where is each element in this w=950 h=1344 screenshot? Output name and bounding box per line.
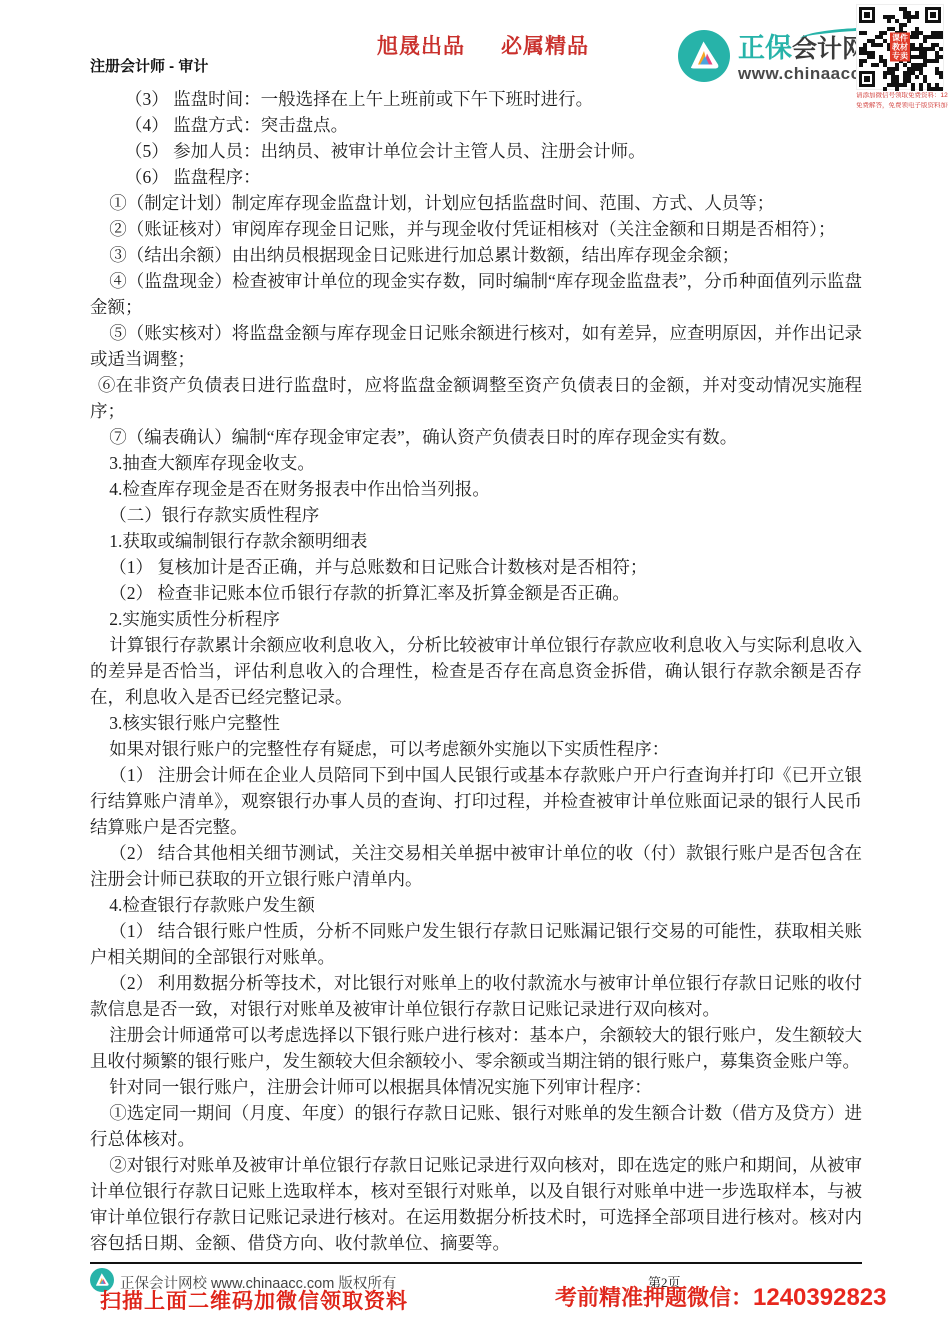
body-paragraph: （2） 检查非记账本位币银行存款的折算汇率及折算金额是否正确。 xyxy=(90,580,862,606)
course-label: 注册会计师 - 审计 xyxy=(90,55,208,76)
body-paragraph: ②对银行对账单及被审计单位银行存款日记账记录进行双向核对，即在选定的账户和期间，… xyxy=(90,1152,862,1256)
body-paragraph: ③（结出余额）由出纳员根据现金日记账进行加总累计数额，结出库存现金余额； xyxy=(90,242,862,268)
slogan-part1: 旭晟出品 xyxy=(377,34,465,58)
qr-center-badge: 课件 教材 专卖 xyxy=(890,33,910,62)
body-paragraph: （2） 结合其他相关细节测试，关注交易相关单据中被审计单位的收（付）款银行账户是… xyxy=(90,840,862,892)
body-paragraph: 3.抽查大额库存现金收支。 xyxy=(90,450,862,476)
body-paragraph: （1） 复核加计是否正确，并与总账数和日记账合计数核对是否相符； xyxy=(90,554,862,580)
body-paragraph: （5） 参加人员：出纳员、被审计单位会计主管人员、注册会计师。 xyxy=(90,138,862,164)
body-paragraph: 计算银行存款累计余额应收利息收入，分析比较被审计单位银行存款应收利息收入与实际利… xyxy=(90,632,862,710)
wechat-number: 1240392823 xyxy=(753,1284,886,1311)
body-paragraph: 2.实施实质性分析程序 xyxy=(90,606,862,632)
qr-finder-icon xyxy=(859,7,875,23)
qr-caption-line2: 免费解答，免费领电子版资料加微信：1240392823 xyxy=(856,102,948,110)
body-paragraph: 如果对银行账户的完整性存有疑虑，可以考虑额外实施以下实质性程序： xyxy=(90,736,862,762)
qr-block: 课件 教材 专卖 请添加微信号领取免费资料：1240392823 免费解答，免费… xyxy=(856,4,948,110)
qr-finder-icon xyxy=(859,71,875,87)
body-paragraph: 3.核实银行账户完整性 xyxy=(90,710,862,736)
wechat-label: 考前精准押题微信： xyxy=(555,1285,753,1310)
qr-badge-line: 专卖 xyxy=(892,52,908,61)
header-slogan: 旭晟出品必属精品 xyxy=(377,30,589,60)
body-paragraph: ①（制定计划）制定库存现金监盘计划，计划应包括监盘时间、范围、方式、人员等； xyxy=(90,190,862,216)
body-paragraph: （1） 注册会计师在企业人员陪同下到中国人民银行或基本存款账户开户行查询并打印《… xyxy=(90,762,862,840)
body-paragraph: ⑤（账实核对）将监盘金额与库存现金日记账余额进行核对，如有差异，应查明原因，并作… xyxy=(90,320,862,372)
body-paragraph: 1.获取或编制银行存款余额明细表 xyxy=(90,528,862,554)
body-paragraph: （1） 结合银行账户性质，分析不同账户发生银行存款日记账漏记银行交易的可能性，获… xyxy=(90,918,862,970)
body-paragraph: 注册会计师通常可以考虑选择以下银行账户进行核对：基本户，余额较大的银行账户，发生… xyxy=(90,1022,862,1074)
body-paragraph: ④（监盘现金）检查被审计单位的现金实存数，同时编制“库存现金监盘表”，分币种面值… xyxy=(90,268,862,320)
footer-divider xyxy=(90,1262,862,1264)
footer-wechat-note: 考前精准押题微信：1240392823 xyxy=(555,1281,887,1312)
brand-name-primary: 正保 xyxy=(738,33,792,63)
qr-badge-line: 课件 xyxy=(892,34,908,43)
document-body: （3） 监盘时间：一般选择在上午上班前或下午下班时进行。 （4） 监盘方式：突击… xyxy=(90,86,862,1256)
body-paragraph: 4.检查银行存款账户发生额 xyxy=(90,892,862,918)
footer-scan-note: 扫描上面二维码加微信领取资料 xyxy=(100,1285,408,1315)
slogan-part2: 必属精品 xyxy=(501,34,589,58)
qr-caption-line1: 请添加微信号领取免费资料：1240392823 xyxy=(856,92,948,100)
qr-code: 课件 教材 专卖 xyxy=(856,4,944,90)
body-paragraph: ⑦（编表确认）编制“库存现金审定表”，确认资产负债表日时的库存现金实有数。 xyxy=(90,424,862,450)
body-paragraph: ⑥在非资产负债表日进行监盘时，应将监盘金额调整至资产负债表日的金额，并对变动情况… xyxy=(90,372,862,424)
body-paragraph: 4.检查库存现金是否在财务报表中作出恰当列报。 xyxy=(90,476,862,502)
qr-badge-line: 教材 xyxy=(892,43,908,52)
body-paragraph: ①选定同一期间（月度、年度）的银行存款日记账、银行对账单的发生额合计数（借方及贷… xyxy=(90,1100,862,1152)
body-paragraph: （6） 监盘程序： xyxy=(90,164,862,190)
body-paragraph: （3） 监盘时间：一般选择在上午上班前或下午下班时进行。 xyxy=(90,86,862,112)
brand-logo-icon xyxy=(678,30,730,87)
body-paragraph: （4） 监盘方式：突击盘点。 xyxy=(90,112,862,138)
body-paragraph: ②（账证核对）审阅库存现金日记账，并与现金收付凭证相核对（关注金额和日期是否相符… xyxy=(90,216,862,242)
body-paragraph: 针对同一银行账户，注册会计师可以根据具体情况实施下列审计程序： xyxy=(90,1074,862,1100)
body-paragraph: （二）银行存款实质性程序 xyxy=(90,502,862,528)
qr-finder-icon xyxy=(925,7,941,23)
document-page: 旭晟出品必属精品 注册会计师 - 审计 正保会计网校 www.chinaacc.… xyxy=(0,0,950,1344)
body-paragraph: （2） 利用数据分析等技术，对比银行对账单上的收付款流水与被审计单位银行存款日记… xyxy=(90,970,862,1022)
